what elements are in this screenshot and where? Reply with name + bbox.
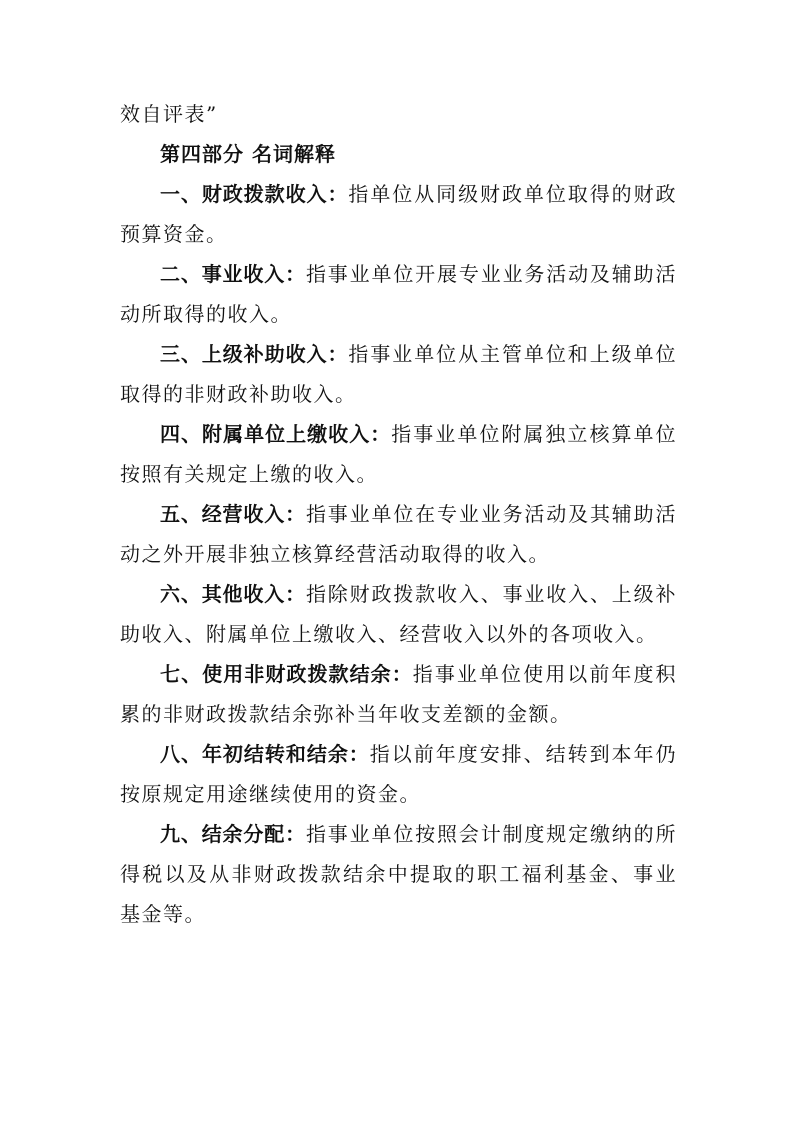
term-item-5: 五、经营收入：指事业单位在专业业务活动及其辅助活动之外开展非独立核算经营活动取得…	[120, 494, 677, 574]
term-label-8: 八、年初结转和结余：	[160, 742, 370, 766]
document-page: 效自评表” 第四部分 名词解释 一、财政拨款收入：指单位从同级财政单位取得的财政…	[0, 0, 793, 1122]
term-item-7: 七、使用非财政拨款结余：指事业单位使用以前年度积累的非财政拨款结余弥补当年收支差…	[120, 654, 677, 734]
term-item-1: 一、财政拨款收入：指单位从同级财政单位取得的财政预算资金。	[120, 174, 677, 254]
term-item-6: 六、其他收入：指除财政拨款收入、事业收入、上级补助收入、附属单位上缴收入、经营收…	[120, 574, 677, 654]
continuation-line: 效自评表”	[120, 94, 677, 134]
section-heading: 第四部分 名词解释	[120, 134, 677, 174]
term-label-2: 二、事业收入：	[160, 262, 306, 286]
term-item-8: 八、年初结转和结余：指以前年度安排、结转到本年仍按原规定用途继续使用的资金。	[120, 734, 677, 814]
term-item-9: 九、结余分配：指事业单位按照会计制度规定缴纳的所得税以及从非财政拨款结余中提取的…	[120, 814, 677, 934]
term-label-7: 七、使用非财政拨款结余：	[160, 662, 413, 686]
term-label-5: 五、经营收入：	[160, 502, 306, 526]
term-label-4: 四、附属单位上缴收入：	[160, 422, 391, 446]
term-item-3: 三、上级补助收入：指事业单位从主管单位和上级单位取得的非财政补助收入。	[120, 334, 677, 414]
document-content: 效自评表” 第四部分 名词解释 一、财政拨款收入：指单位从同级财政单位取得的财政…	[120, 94, 677, 934]
term-item-2: 二、事业收入：指事业单位开展专业业务活动及辅助活动所取得的收入。	[120, 254, 677, 334]
term-label-9: 九、结余分配：	[160, 822, 306, 846]
term-label-6: 六、其他收入：	[160, 582, 306, 606]
term-item-4: 四、附属单位上缴收入：指事业单位附属独立核算单位按照有关规定上缴的收入。	[120, 414, 677, 494]
term-label-1: 一、财政拨款收入：	[160, 182, 348, 206]
term-label-3: 三、上级补助收入：	[160, 342, 348, 366]
